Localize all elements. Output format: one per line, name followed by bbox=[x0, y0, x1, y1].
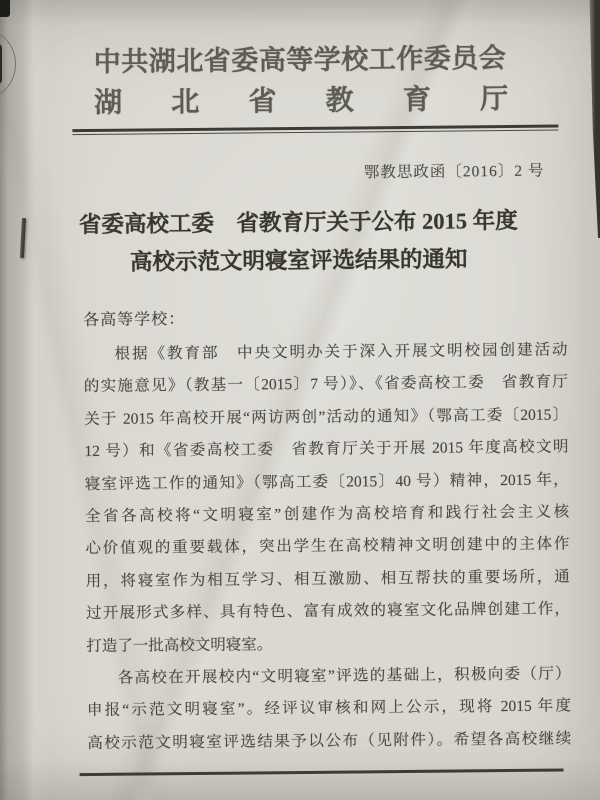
document-title: 省委高校工委 省教育厅关于公布 2015 年度 高校示范文明寝室评选结果的通知 bbox=[68, 202, 529, 282]
body-line: 申报“示范文明寝室”。经评议审核和网上公示，现将 2015 年度 bbox=[87, 691, 571, 728]
title-line-1: 省委高校工委 省教育厅关于公布 2015 年度 bbox=[68, 202, 528, 244]
body-line: 心价值观的重要载体，突出学生在高校精神文明创建中的主体作 bbox=[85, 529, 569, 566]
letterhead-divider bbox=[72, 125, 558, 136]
body-text: 根据《教育部 中央文明办关于深入开展文明校园创建活动 的实施意见》（教基一〔20… bbox=[83, 334, 571, 760]
body-line: 关于 2015 年高校开展“两访两创”活动的通知》（鄂高工委〔2015〕 bbox=[84, 399, 568, 436]
body-line: 的实施意见》（教基一〔2015〕7 号）》、《省委高校工委 省教育厅 bbox=[84, 367, 568, 404]
body-line: 12 号）和《省委高校工委 省教育厅关于开展 2015 年度高校文明 bbox=[84, 432, 568, 469]
body-line: 过开展形式多样、具有特色、富有成效的寝室文化品牌创建工作， bbox=[86, 594, 570, 631]
document-content: 中共湖北省委高等学校工作委员会 湖北省教育厅 鄂教思政函〔2016〕2 号 省委… bbox=[0, 0, 600, 800]
body-line: 寝室评选工作的通知》（鄂高工委〔2015〕40 号）精神，2015 年， bbox=[85, 464, 569, 501]
body-line: 高校示范文明寝室评选结果予以公布（见附件）。希望各高校继续 bbox=[87, 723, 571, 760]
letterhead: 中共湖北省委高等学校工作委员会 湖北省教育厅 bbox=[94, 38, 509, 126]
body-line: 打造了一批高校文明寝室。 bbox=[86, 626, 570, 663]
salutation: 各高等学校： bbox=[83, 306, 185, 330]
letterhead-org-line1: 中共湖北省委高等学校工作委员会 bbox=[94, 38, 508, 82]
footer-rule bbox=[80, 768, 564, 776]
body-line: 各高校在开展校内“文明寝室”评选的基础上，积极向委（厅） bbox=[87, 658, 571, 695]
letterhead-org-line2: 湖北省教育厅 bbox=[94, 78, 508, 126]
document-number: 鄂教思政函〔2016〕2 号 bbox=[364, 159, 545, 183]
title-line-2: 高校示范文明寝室评选结果的通知 bbox=[68, 240, 528, 282]
body-line: 全省各高校将“文明寝室”创建作为高校培育和践行社会主义核 bbox=[85, 496, 569, 533]
body-line: 根据《教育部 中央文明办关于深入开展文明校园创建活动 bbox=[83, 334, 567, 371]
body-line: 用，将寝室作为相互学习、相互激励、相互帮扶的重要场所，通 bbox=[86, 561, 570, 598]
document-page: 中共湖北省委高等学校工作委员会 湖北省教育厅 鄂教思政函〔2016〕2 号 省委… bbox=[0, 0, 600, 800]
